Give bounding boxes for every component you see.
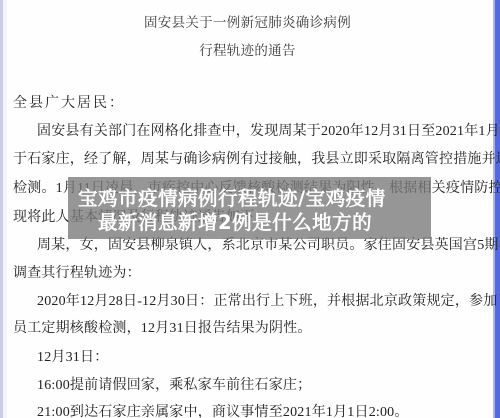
paragraph-line: 固安县有关部门在网格化排查中，发现周某于2020年12月31日至2021年1月3… <box>37 120 500 140</box>
paragraph-line: 2020年12月28日-12月30日：正常出行上下班，并根据北京政策规定，参加了… <box>37 290 500 310</box>
paragraph-line: 21:00到达石家庄亲属家中，商议事情至2021年1月1日2:00。 <box>37 401 409 418</box>
document-page: 固安县关于一例新冠肺炎确诊病例 行程轨迹的通告 全县广大居民： 固安县有关部门在… <box>0 0 500 418</box>
document-title-line-2: 行程轨迹的通告 <box>0 39 495 59</box>
right-border <box>495 0 500 418</box>
paragraph-line: 于石家庄，经了解，周某与确诊病例有过接触，我县立即采取隔离管控措施并进行核酸 <box>13 148 500 168</box>
paragraph-line: 调查其行程轨迹为： <box>13 262 141 282</box>
paragraph-line: 12月31日： <box>37 346 108 366</box>
left-border-inner <box>3 0 7 418</box>
document-title-line-1: 固安县关于一例新冠肺炎确诊病例 <box>0 11 495 31</box>
headline-line-2: 最新消息新增2例是什么地方的 <box>98 207 372 235</box>
paragraph-line: 员工定期核酸检测，12月31日报告结果为阴性。 <box>13 317 312 337</box>
salutation: 全县广大居民： <box>13 92 125 112</box>
paragraph-line: 16:00提前请假回家，乘私家车前往石家庄； <box>37 374 311 394</box>
